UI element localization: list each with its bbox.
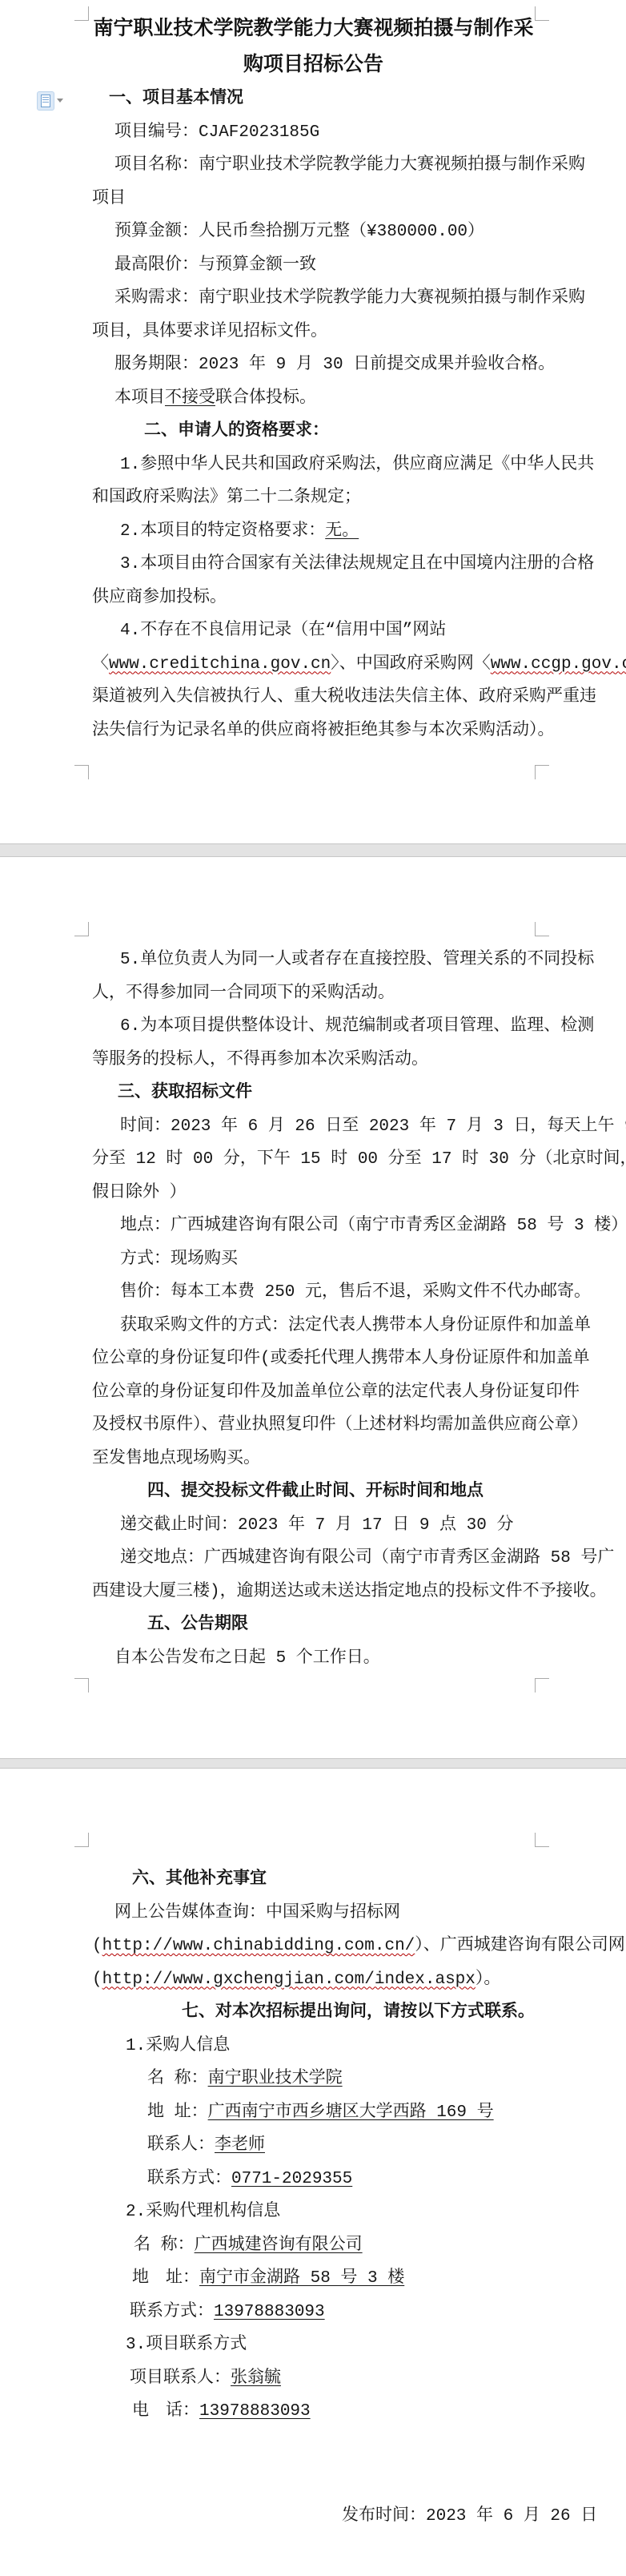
project-contact-name-line: 项目联系人：张翁毓: [92, 2362, 535, 2396]
submission-location-line-1: 递交地点：广西城建咨询有限公司（南宁市青秀区金湖路 58 号广: [92, 1542, 535, 1576]
section-6-heading: 六、其他补充事宜: [92, 1863, 535, 1897]
section-4-heading: 四、提交投标文件截止时间、开标时间和地点: [92, 1475, 535, 1509]
document-page-3: 六、其他补充事宜 网上公告媒体查询：中国采购与招标网 (http://www.c…: [0, 1769, 626, 2576]
qualification-item-1-line-2: 和国政府采购法》第二十二条规定；: [92, 481, 535, 515]
section-1-heading: 一、项目基本情况: [92, 83, 535, 116]
project-contact-heading: 3.项目联系方式: [92, 2328, 535, 2362]
document-page-1: 南宁职业技术学院教学能力大赛视频拍摄与制作采购项目招标公告 一、项目基本情况 项…: [0, 0, 626, 843]
section-3-heading: 三、获取招标文件: [92, 1077, 535, 1110]
gxchengjian-url: http://www.gxchengjian.com/index.aspx: [102, 1970, 476, 1989]
section-5-heading: 五、公告期限: [92, 1608, 535, 1642]
project-number-line: 项目编号：CJAF2023185G: [92, 116, 535, 150]
chinabidding-url: http://www.chinabidding.com.cn/: [102, 1937, 415, 1955]
text-boundary-mark: [74, 1833, 89, 1847]
document-price-line: 售价：每本工本费 250 元，售后不退，采购文件不代办邮寄。: [92, 1276, 535, 1310]
ccgp-url: www.ccgp.gov.cn: [491, 655, 626, 674]
page-gap: [0, 843, 626, 857]
no-consortium-line: 本项目不接受联合体投标。: [92, 382, 535, 416]
document-options-icon[interactable]: [37, 91, 64, 111]
service-period-line: 服务期限：2023 年 9 月 30 日前提交成果并验收合格。: [92, 348, 535, 382]
project-name-line-2: 项目: [92, 183, 535, 216]
submission-location-line-2: 西建设大厦三楼)，逾期送达或未送达指定地点的投标文件不予接收。: [92, 1576, 535, 1609]
obtain-time-line-3: 假日除外 ）: [92, 1177, 535, 1210]
obtain-procedure-line-5: 至发售地点现场购买。: [92, 1443, 535, 1476]
obtain-time-line-2: 分至 12 时 00 分，下午 15 时 00 分至 17 时 30 分（北京时…: [92, 1143, 535, 1177]
qualification-item-4-line-1: 4.不存在不良信用记录（在“信用中国”网站: [92, 614, 535, 648]
qualification-item-5-line-1: 5.单位负责人为同一人或者存在直接控股、管理关系的不同投标: [92, 944, 535, 977]
document-glyph: [41, 95, 50, 107]
document-title: 南宁职业技术学院教学能力大赛视频拍摄与制作采购项目招标公告: [92, 0, 535, 83]
qualification-item-3-line-2: 供应商参加投标。: [92, 582, 535, 615]
qualification-item-4-line-2: 〈www.creditchina.gov.cn〉、中国政府采购网〈www.ccg…: [92, 648, 535, 682]
purchaser-info-heading: 1.采购人信息: [92, 2030, 535, 2063]
publish-date-line: 发布时间：2023 年 6 月 26 日: [92, 2500, 535, 2534]
section-7-heading: 七、对本次招标提出询问，请按以下方式联系。: [92, 1996, 535, 2030]
qualification-item-2-line: 2.本项目的特定资格要求：无。: [92, 515, 535, 549]
text-boundary-mark: [74, 765, 89, 779]
obtain-procedure-line-1: 获取采购文件的方式：法定代表人携带本人身份证原件和加盖单: [92, 1310, 535, 1343]
obtain-location-line: 地点：广西城建咨询有限公司（南宁市青秀区金湖路 58 号 3 楼）: [92, 1210, 535, 1243]
text-boundary-mark: [535, 1678, 549, 1693]
text-boundary-mark: [74, 1678, 89, 1693]
price-cap-line: 最高限价：与预算金额一致: [92, 249, 535, 283]
project-name-line-1: 项目名称：南宁职业技术学院教学能力大赛视频拍摄与制作采购: [92, 149, 535, 183]
document-page-2: 5.单位负责人为同一人或者存在直接控股、管理关系的不同投标 人，不得参加同一合同…: [0, 857, 626, 1758]
obtain-time-line-1: 时间：2023 年 6 月 26 日至 2023 年 7 月 3 日，每天上午 …: [92, 1110, 535, 1144]
text-boundary-mark: [535, 1833, 549, 1847]
chevron-down-icon: [57, 99, 63, 103]
procurement-demand-line-2: 项目，具体要求详见招标文件。: [92, 316, 535, 349]
qualification-item-5-line-2: 人，不得参加同一合同项下的采购活动。: [92, 977, 535, 1011]
qualification-item-1-line-1: 1.参照中华人民共和国政府采购法，供应商应满足《中华人民共: [92, 449, 535, 482]
gxchengjian-url-line: (http://www.gxchengjian.com/index.aspx）。: [92, 1963, 535, 1997]
spacer: [92, 2429, 535, 2500]
purchaser-phone-line: 联系方式：0771-2029355: [92, 2163, 535, 2196]
creditchina-url: www.creditchina.gov.cn: [109, 655, 331, 674]
purchaser-contact-line: 联系人：李老师: [92, 2129, 535, 2163]
text-boundary-mark: [535, 765, 549, 779]
obtain-procedure-line-2: 位公章的身份证复印件(或委托代理人携带本人身份证原件和加盖单: [92, 1342, 535, 1376]
qualification-item-6-line-2: 等服务的投标人，不得再参加本次采购活动。: [92, 1044, 535, 1077]
obtain-procedure-line-3: 位公章的身份证复印件及加盖单位公章的法定代表人身份证复印件: [92, 1376, 535, 1410]
announcement-period-line: 自本公告发布之日起 5 个工作日。: [92, 1642, 535, 1676]
agency-phone-line: 联系方式：13978883093: [92, 2296, 535, 2329]
qualification-item-6-line-1: 6.为本项目提供整体设计、规范编制或者项目管理、监理、检测: [92, 1010, 535, 1044]
qualification-item-3-line-1: 3.本项目由符合国家有关法律法规规定且在中国境内注册的合格: [92, 548, 535, 582]
purchaser-address-line: 地 址：广西南宁市西乡塘区大学西路 169 号: [92, 2096, 535, 2130]
purchaser-name-line: 名 称：南宁职业技术学院: [92, 2063, 535, 2096]
agency-info-heading: 2.采购代理机构信息: [92, 2196, 535, 2229]
text-boundary-mark: [74, 6, 89, 21]
agency-name-line: 名 称：广西城建咨询有限公司: [92, 2229, 535, 2263]
text-boundary-mark: [74, 922, 89, 936]
document-icon: [37, 91, 54, 111]
obtain-method-line: 方式：现场购买: [92, 1243, 535, 1277]
section-2-heading: 二、申请人的资格要求：: [92, 415, 535, 449]
chinabidding-url-line: (http://www.chinabidding.com.cn/）、广西城建咨询…: [92, 1930, 535, 1963]
project-contact-phone-line: 电 话：13978883093: [92, 2395, 535, 2429]
obtain-procedure-line-4: 及授权书原件）、营业执照复印件（上述材料均需加盖供应商公章）: [92, 1409, 535, 1443]
qualification-item-4-line-4: 法失信行为记录名单的供应商将被拒绝其参与本次采购活动）。: [92, 714, 535, 748]
qualification-item-4-line-3: 渠道被列入失信被执行人、重大税收违法失信主体、政府采购严重违: [92, 681, 535, 714]
submission-deadline-line: 递交截止时间：2023 年 7 月 17 日 9 点 30 分: [92, 1509, 535, 1543]
budget-line: 预算金额：人民币叁拾捌万元整（¥380000.00）: [92, 215, 535, 249]
text-boundary-mark: [535, 6, 549, 21]
text-boundary-mark: [535, 922, 549, 936]
procurement-demand-line-1: 采购需求：南宁职业技术学院教学能力大赛视频拍摄与制作采购: [92, 282, 535, 316]
agency-address-line: 地 址：南宁市金湖路 58 号 3 楼: [92, 2262, 535, 2296]
page-gap: [0, 1758, 626, 1769]
media-query-line: 网上公告媒体查询：中国采购与招标网: [92, 1897, 535, 1930]
